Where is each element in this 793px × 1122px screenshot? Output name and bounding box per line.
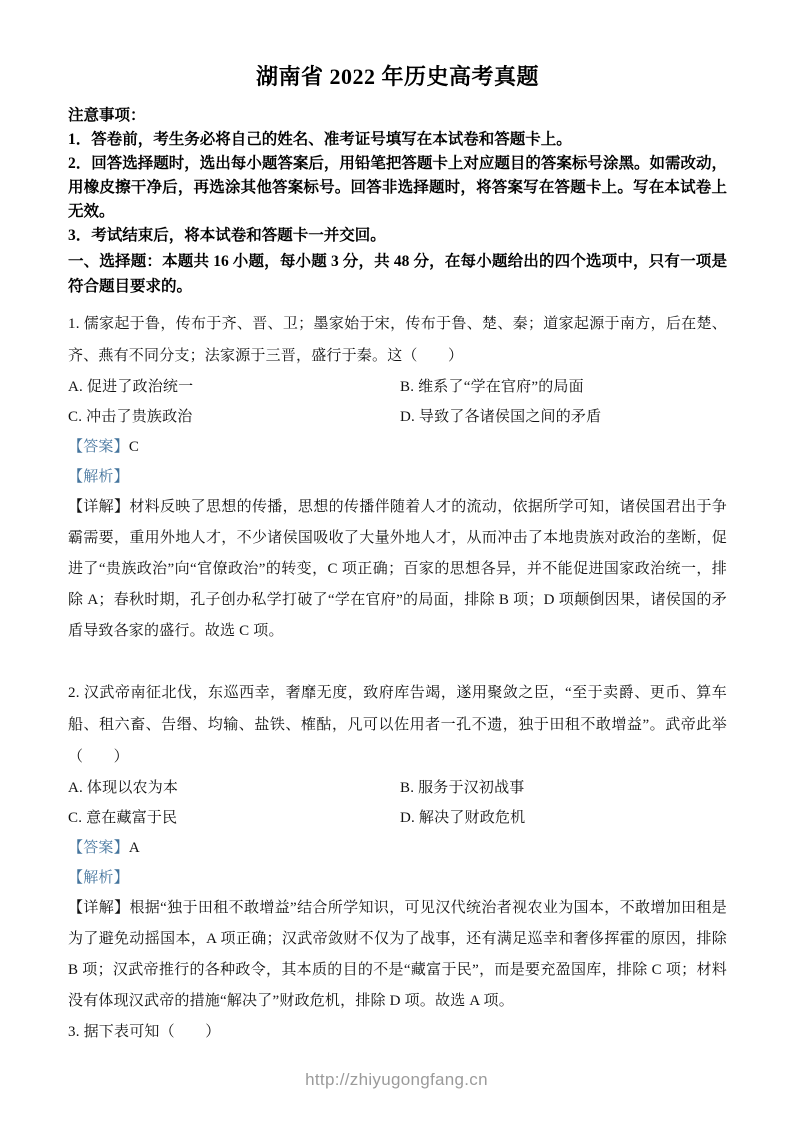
detail-text: 【详解】根据“独于田租不敢增益”结合所学知识，可见汉代统治者视农业为国本，不敢增… xyxy=(68,893,727,1017)
option-d: D. 导致了各诸侯国之间的矛盾 xyxy=(400,402,727,432)
detail-text: 【详解】材料反映了思想的传播，思想的传播伴随着人才的流动，依据所学可知，诸侯国君… xyxy=(68,492,727,647)
analysis-line: 【解析】 xyxy=(68,863,727,893)
notice-section: 注意事项： 1．答卷前，考生务必将自己的姓名、准考证号填写在本试卷和答题卡上。 … xyxy=(68,104,727,248)
analysis-marker: 【解析】 xyxy=(68,469,129,485)
document-title: 湖南省 2022 年历史高考真题 xyxy=(68,60,727,91)
option-a: A. 促进了政治统一 xyxy=(68,372,400,402)
answer-marker: 【答案】 xyxy=(68,439,129,455)
question-block-1: 1. 儒家起于鲁，传布于齐、晋、卫；墨家始于宋，传布于鲁、楚、秦；道家起源于南方… xyxy=(68,308,727,647)
option-a: A. 体现以农为本 xyxy=(68,773,400,803)
answer-line: 【答案】C xyxy=(68,432,727,462)
option-b: B. 服务于汉初战事 xyxy=(400,773,727,803)
answer-line: 【答案】A xyxy=(68,833,727,863)
option-d: D. 解决了财政危机 xyxy=(400,803,727,833)
notice-item-3: 3．考试结束后，将本试卷和答题卡一并交回。 xyxy=(68,224,727,248)
option-c: C. 意在藏富于民 xyxy=(68,803,400,833)
question-stem: 2. 汉武帝南征北伐，东巡西幸，奢靡无度，致府库告竭，遂用聚敛之臣，“至于卖爵、… xyxy=(68,677,727,773)
answer-value: A xyxy=(129,840,140,856)
notice-heading: 注意事项： xyxy=(68,104,727,128)
section-header: 一、选择题：本题共 16 小题，每小题 3 分，共 48 分，在每小题给出的四个… xyxy=(68,249,727,299)
notice-item-1: 1．答卷前，考生务必将自己的姓名、准考证号填写在本试卷和答题卡上。 xyxy=(68,128,727,152)
options-grid: A. 促进了政治统一 B. 维系了“学在官府”的局面 C. 冲击了贵族政治 D.… xyxy=(68,372,727,432)
answer-value: C xyxy=(129,439,139,455)
document-content: 湖南省 2022 年历史高考真题 注意事项： 1．答卷前，考生务必将自己的姓名、… xyxy=(68,0,727,1048)
option-c: C. 冲击了贵族政治 xyxy=(68,402,400,432)
next-question-stem: 3. 据下表可知（ ） xyxy=(68,1017,727,1048)
analysis-marker: 【解析】 xyxy=(68,870,129,886)
notice-item-2: 2．回答选择题时，选出每小题答案后，用铅笔把答题卡上对应题目的答案标号涂黑。如需… xyxy=(68,152,727,224)
question-stem: 1. 儒家起于鲁，传布于齐、晋、卫；墨家始于宋，传布于鲁、楚、秦；道家起源于南方… xyxy=(68,308,727,372)
question-block-2: 2. 汉武帝南征北伐，东巡西幸，奢靡无度，致府库告竭，遂用聚敛之臣，“至于卖爵、… xyxy=(68,677,727,1017)
options-grid: A. 体现以农为本 B. 服务于汉初战事 C. 意在藏富于民 D. 解决了财政危… xyxy=(68,773,727,833)
footer-watermark-url: http://zhiyugongfang.cn xyxy=(0,1070,793,1090)
document-page: 湖南省 2022 年历史高考真题 注意事项： 1．答卷前，考生务必将自己的姓名、… xyxy=(0,0,793,1122)
answer-marker: 【答案】 xyxy=(68,840,129,856)
analysis-line: 【解析】 xyxy=(68,462,727,492)
option-b: B. 维系了“学在官府”的局面 xyxy=(400,372,727,402)
